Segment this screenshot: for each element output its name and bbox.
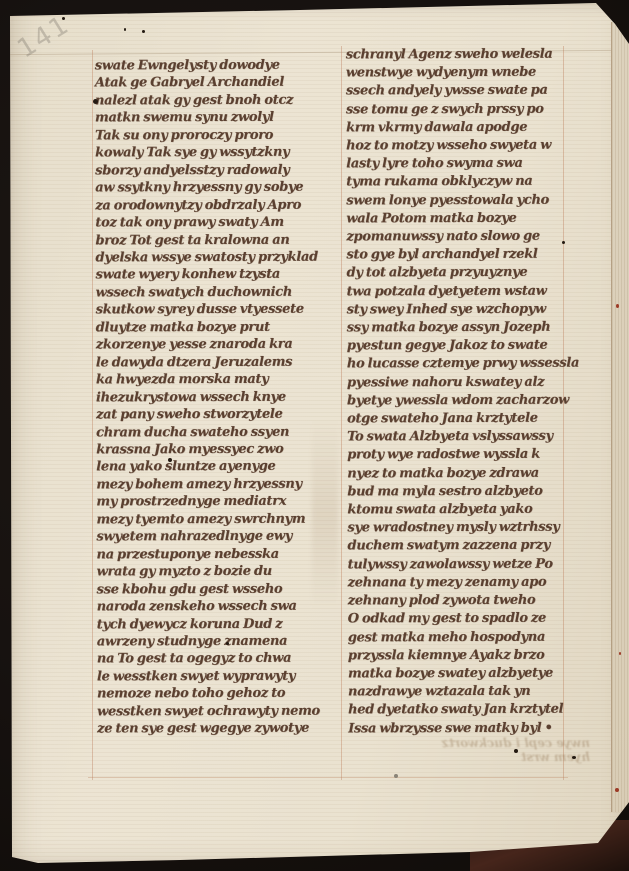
manuscript-line: krm vkrmy dawala apodge — [346, 118, 587, 137]
manuscript-line: mezy tyemto amezy swrchnym — [96, 510, 339, 528]
manuscript-line: na przestuponye nebesska — [97, 545, 340, 563]
manuscript-line: gest matka meho hospodyna — [348, 628, 589, 647]
manuscript-line: zehnana ty mezy zenamy apo — [348, 573, 589, 592]
manuscript-line: za orodownytzy obdrzaly Apro — [95, 196, 338, 214]
manuscript-line: pyessiwe nahoru kswatey alz — [347, 373, 588, 392]
ink-speck — [562, 241, 565, 244]
manuscript-line: byetye ywessla wdom zacharzow — [347, 391, 588, 410]
manuscript-line: sse kbohu gdu gest wsseho — [97, 580, 340, 598]
manuscript-line: To swata Alzbyeta vslyssawssy — [347, 428, 588, 447]
manuscript-line: aw ssytkny hrzyessny gy sobye — [95, 179, 338, 197]
manuscript-line: hoz to motzy wsseho swyeta w — [346, 137, 587, 156]
ink-speck — [514, 749, 518, 753]
manuscript-line: hed dyetatko swaty Jan krztytel — [348, 701, 589, 720]
manuscript-line: otge swateho Jana krztytele — [347, 410, 588, 429]
bleed-through-line: hyem wrst — [340, 750, 590, 764]
red-speck — [615, 788, 619, 792]
manuscript-line: O odkad my gest to spadlo ze — [348, 610, 589, 629]
manuscript-line: proty wye radostwe wyssla k — [347, 446, 588, 465]
manuscript-line: lena yako sluntze ayenyge — [96, 458, 339, 476]
ink-speck — [62, 17, 65, 20]
manuscript-line: nyez to matka bozye zdrawa — [347, 464, 588, 483]
manuscript-line: schranyl Agenz sweho welesla — [346, 46, 587, 65]
manuscript-line: duchem swatym zazzena przy — [348, 537, 589, 556]
manuscript-line: broz Tot gest ta kralowna an — [95, 231, 338, 249]
scan-background: 141 swate Ewngelysty dowodyeAtak ge Gabr… — [0, 0, 629, 871]
manuscript-line: wesstken swyet ochrawyty nemo — [97, 702, 340, 720]
manuscript-line: twa potzala dyetyetem wstaw — [347, 282, 588, 301]
text-column-right: schranyl Agenz sweho weleslawenstwye wyd… — [346, 46, 589, 739]
manuscript-line: awrzeny studnyge znamena — [97, 633, 340, 651]
manuscript-line: Tak su ony proroczy proro — [95, 126, 338, 144]
manuscript-line: Atak ge Gabryel Archandiel — [95, 74, 338, 92]
manuscript-line: matka bozye swatey alzbyetye — [348, 664, 589, 683]
manuscript-line: sty swey Inhed sye wzchopyw — [347, 300, 588, 319]
manuscript-line: wenstwye wydyenym wnebe — [346, 64, 587, 83]
manuscript-line: matkn swemu synu zwolyl — [95, 109, 338, 127]
manuscript-line: tulywssy zawolawssy wetze Po — [348, 555, 589, 574]
manuscript-line: swate Ewngelysty dowodye — [95, 57, 338, 75]
manuscript-line: pyestun gegye Jakoz to swate — [347, 337, 588, 356]
bottom-margin-ruling — [88, 777, 568, 778]
manuscript-line: kowaly Tak sye gy wssytzkny — [95, 144, 338, 162]
column-ruling-left — [92, 50, 93, 780]
manuscript-line: sye wradostney mysly wztrhssy — [347, 519, 588, 538]
manuscript-line: swate wyery konhew tzysta — [96, 266, 339, 284]
manuscript-line: zkorzenye yesse znaroda kra — [96, 336, 339, 354]
manuscript-line: przyssla kiemnye Ayakz brzo — [348, 646, 589, 665]
manuscript-line: nalezl atak gy gest bnoh otcz — [95, 91, 338, 109]
wormhole-dot — [168, 458, 172, 462]
manuscript-line: swem lonye pyesstowala ycho — [346, 191, 587, 210]
manuscript-line: sse tomu ge z swych prssy po — [346, 100, 587, 119]
manuscript-line: ho lucasse cztemye prwy wssessla — [347, 355, 588, 374]
manuscript-line: bud ma myla sestro alzbyeto — [347, 482, 588, 501]
manuscript-line: toz tak ony prawy swaty Am — [95, 214, 338, 232]
manuscript-line: skutkow syrey dusse vtyessete — [96, 301, 339, 319]
manuscript-line: nemoze nebo toho gehoz to — [97, 685, 340, 703]
manuscript-line: my prostrzednyge mediatrx — [96, 493, 339, 511]
manuscript-line: na To gest ta ogegyz to chwa — [97, 650, 340, 668]
manuscript-line: swyetem nahrazedlnyge ewy — [96, 528, 339, 546]
manuscript-line: ktomu swata alzbyeta yako — [347, 501, 588, 520]
manuscript-line: zpomanuwssy nato slowo ge — [346, 228, 587, 247]
manuscript-line: mezy bohem amezy hrzyessny — [96, 475, 339, 493]
manuscript-line: ka hwyezda morska maty — [96, 371, 339, 389]
page-fore-edge — [611, 22, 629, 812]
manuscript-line: wssech swatych duchownich — [96, 283, 339, 301]
gutter-smudge — [312, 420, 338, 610]
wormhole-dot — [394, 774, 398, 778]
ink-speck — [226, 642, 229, 645]
manuscript-line: dluytze matka bozye prut — [96, 318, 339, 336]
manuscript-line: tych dyewycz koruna Dud z — [97, 615, 340, 633]
manuscript-line: zat pany sweho stworzytele — [96, 406, 339, 424]
bleed-through-text: nwye cepl i duckwortzhyem wrst — [340, 736, 590, 764]
manuscript-line: dy tot alzbyeta przyuyznye — [347, 264, 588, 283]
manuscript-line: naroda zenskeho wssech swa — [97, 598, 340, 616]
column-ruling-middle — [341, 46, 342, 780]
ink-speck — [24, 12, 27, 15]
wormhole-dot — [93, 99, 98, 104]
manuscript-line: ssy matka bozye assyn Jozeph — [347, 319, 588, 338]
manuscript-line: krassna Jako myessyec zwo — [96, 441, 339, 459]
manuscript-page: 141 swate Ewngelysty dowodyeAtak ge Gabr… — [0, 0, 629, 871]
ink-speck — [124, 28, 126, 31]
manuscript-line: chram ducha swateho ssyen — [96, 423, 339, 441]
text-column-left: swate Ewngelysty dowodyeAtak ge Gabryel … — [95, 57, 340, 739]
bleed-through-line: nwye cepl i duckwortz — [340, 736, 590, 750]
ink-speck — [142, 30, 145, 33]
manuscript-line: wala Potom matka bozye — [346, 209, 587, 228]
manuscript-line: wrata gy myzto z bozie du — [97, 563, 340, 581]
manuscript-line: sto gye byl archandyel rzekl — [346, 246, 587, 265]
manuscript-line: ihezukrystowa wssech knye — [96, 388, 339, 406]
folio-number-pencil: 141 — [12, 10, 75, 65]
manuscript-line: ssech andyely ywsse swate pa — [346, 82, 587, 101]
manuscript-line: sborzy andyelsstzy radowaly — [95, 161, 338, 179]
manuscript-line: zehnany plod zywota tweho — [348, 592, 589, 611]
manuscript-line: tyma rukama obklyczyw na — [346, 173, 587, 192]
manuscript-line: le wesstken swyet wyprawyty — [97, 667, 340, 685]
manuscript-line: ze ten sye gest wgegye zywotye — [97, 720, 340, 738]
manuscript-line: le dawyda dtzera Jeruzalems — [96, 353, 339, 371]
manuscript-line: lasty lyre toho swyma swa — [346, 155, 587, 174]
red-speck — [619, 652, 621, 655]
manuscript-line: nazdrawye wztazala tak yn — [348, 683, 589, 702]
red-speck — [616, 304, 619, 308]
manuscript-line: dyelska wssye swatosty przyklad — [95, 249, 338, 267]
ink-speck — [572, 756, 576, 759]
